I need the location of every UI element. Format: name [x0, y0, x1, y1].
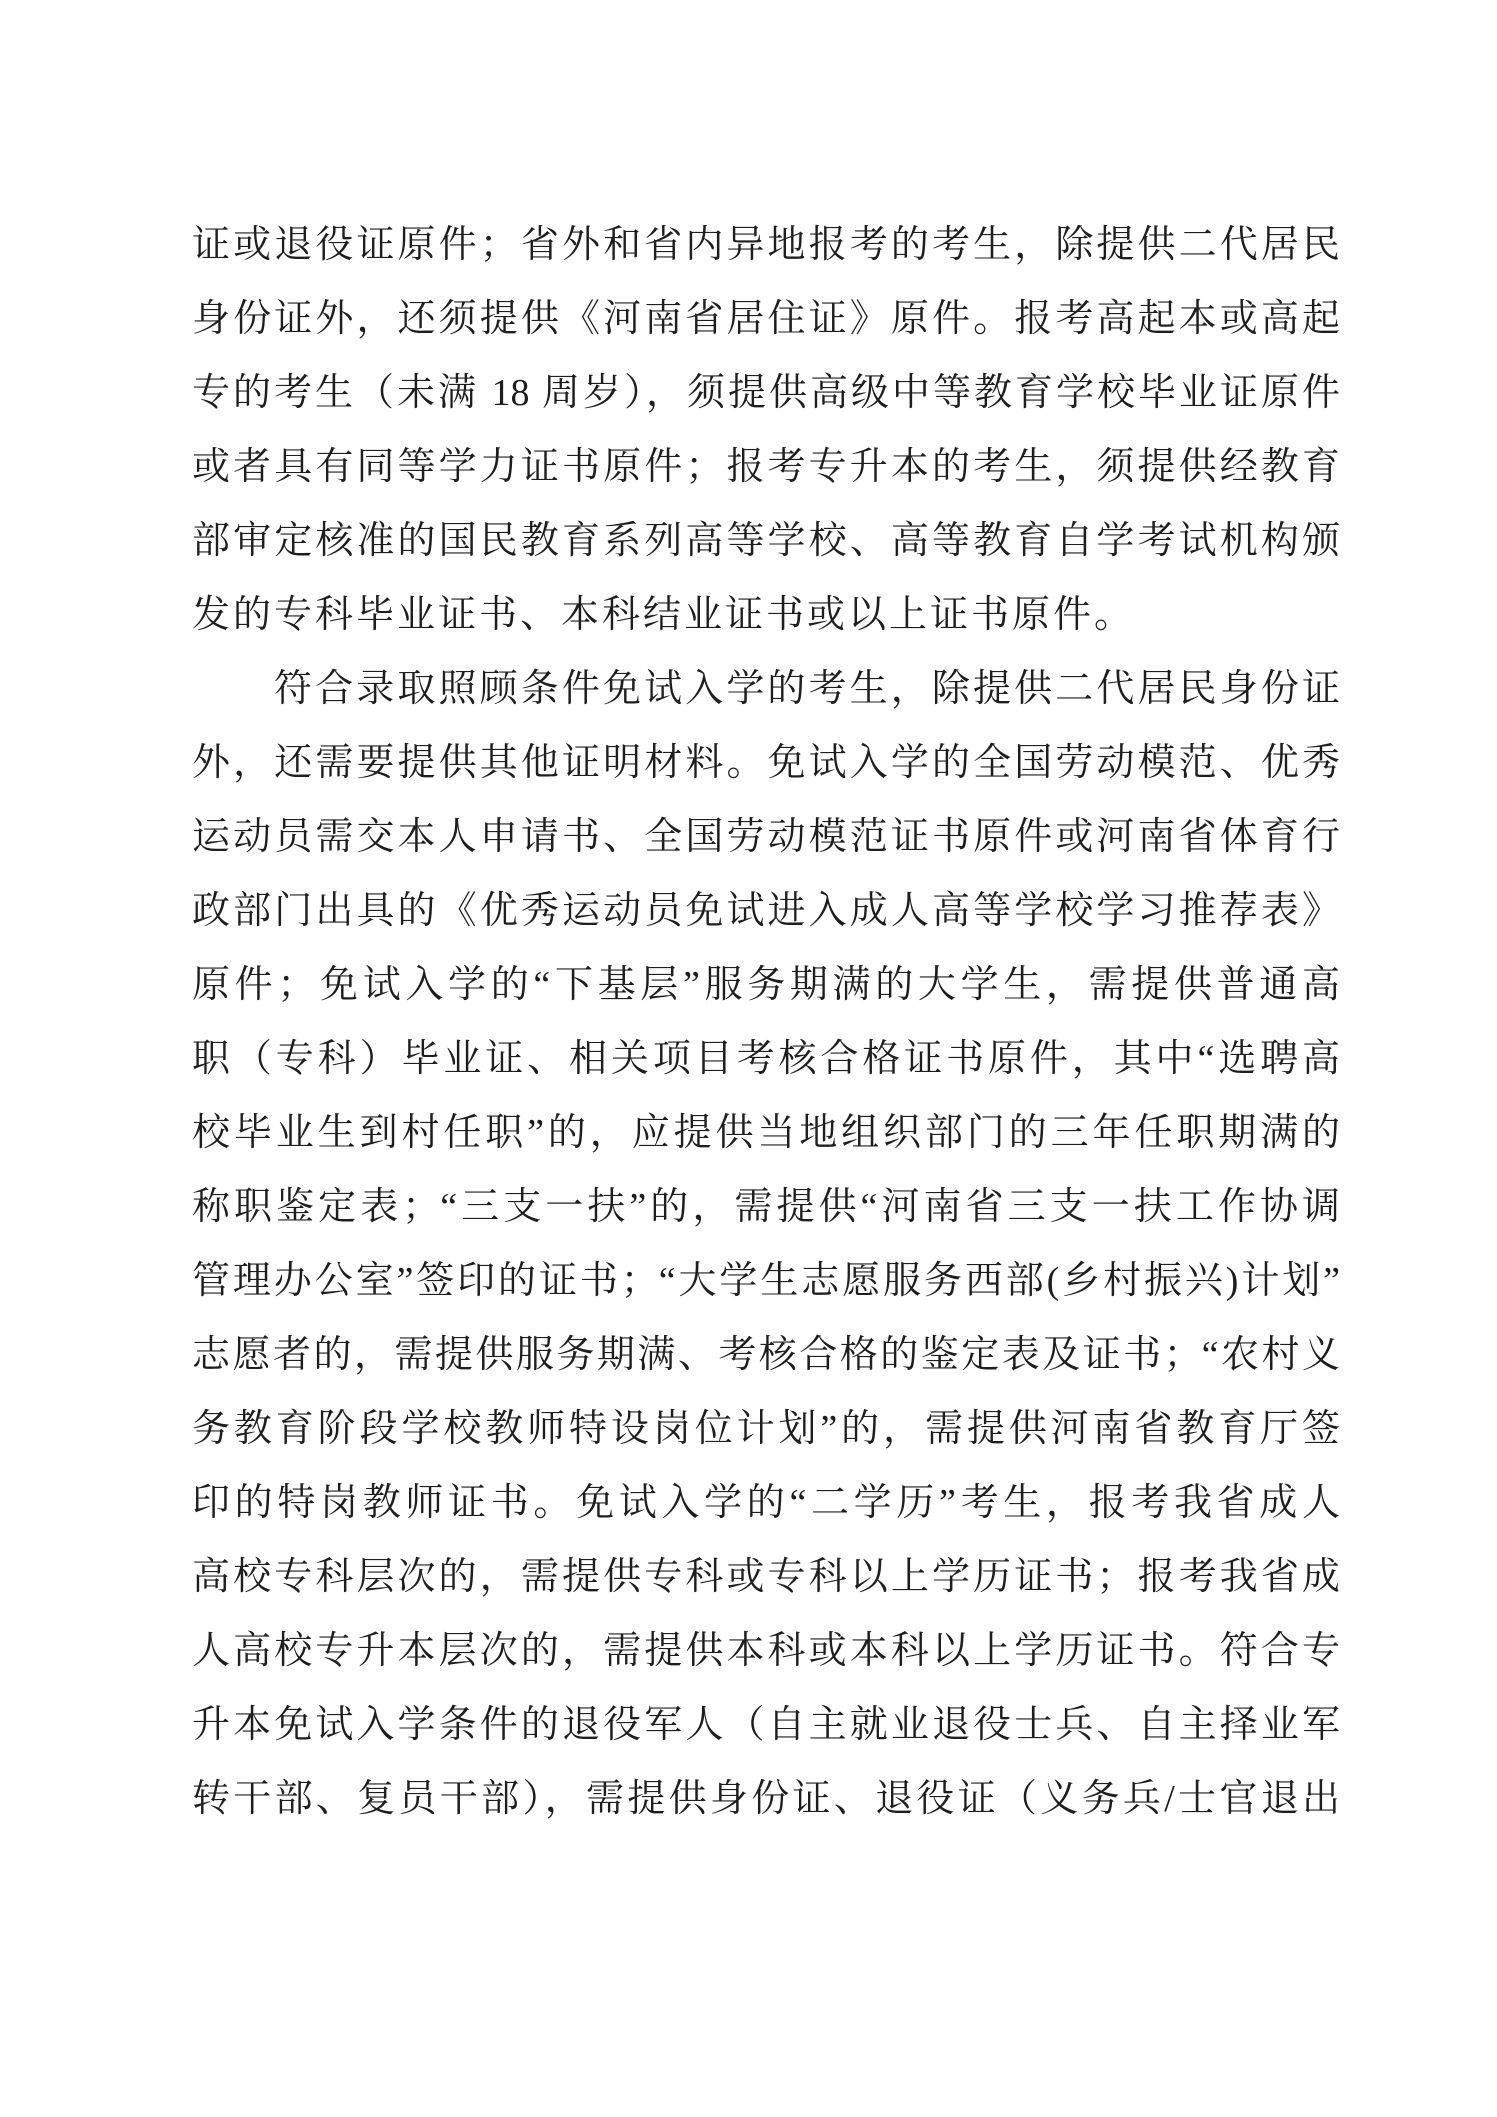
- text-line: 务教育阶段学校教师特设岗位计划”的，需提供河南省教育厅签: [192, 1392, 1340, 1466]
- text-line: 志愿者的，需提供服务期满、考核合格的鉴定表及证书；“农村义: [192, 1318, 1340, 1392]
- text-line: 高校专科层次的，需提供专科或专科以上学历证书；报考我省成: [192, 1540, 1340, 1614]
- document-page: 证或退役证原件；省外和省内异地报考的考生，除提供二代居民 身份证外，还须提供《河…: [0, 0, 1497, 2117]
- document-body-text: 证或退役证原件；省外和省内异地报考的考生，除提供二代居民 身份证外，还须提供《河…: [192, 208, 1340, 1836]
- text-line: 符合录取照顾条件免试入学的考生，除提供二代居民身份证: [192, 652, 1340, 726]
- text-line: 证或退役证原件；省外和省内异地报考的考生，除提供二代居民: [192, 208, 1340, 282]
- text-line: 印的特岗教师证书。免试入学的“二学历”考生，报考我省成人: [192, 1466, 1340, 1540]
- text-line: 原件；免试入学的“下基层”服务期满的大学生，需提供普通高: [192, 948, 1340, 1022]
- text-line: 部审定核准的国民教育系列高等学校、高等教育自学考试机构颁: [192, 504, 1340, 578]
- text-line: 人高校专升本层次的，需提供本科或本科以上学历证书。符合专: [192, 1614, 1340, 1688]
- text-line: 发的专科毕业证书、本科结业证书或以上证书原件。: [192, 578, 1340, 652]
- text-line: 政部门出具的《优秀运动员免试进入成人高等学校学习推荐表》: [192, 874, 1340, 948]
- text-line: 运动员需交本人申请书、全国劳动模范证书原件或河南省体育行: [192, 800, 1340, 874]
- text-line: 称职鉴定表；“三支一扶”的，需提供“河南省三支一扶工作协调: [192, 1170, 1340, 1244]
- text-line: 专的考生（未满 18 周岁），须提供高级中等教育学校毕业证原件: [192, 356, 1340, 430]
- text-line: 管理办公室”签印的证书；“大学生志愿服务西部(乡村振兴)计划”: [192, 1244, 1340, 1318]
- text-line: 或者具有同等学力证书原件；报考专升本的考生，须提供经教育: [192, 430, 1340, 504]
- text-line: 校毕业生到村任职”的，应提供当地组织部门的三年任职期满的: [192, 1096, 1340, 1170]
- text-line: 转干部、复员干部），需提供身份证、退役证（义务兵/士官退出: [192, 1762, 1340, 1836]
- text-line: 外，还需要提供其他证明材料。免试入学的全国劳动模范、优秀: [192, 726, 1340, 800]
- text-line: 升本免试入学条件的退役军人（自主就业退役士兵、自主择业军: [192, 1688, 1340, 1762]
- text-line: 身份证外，还须提供《河南省居住证》原件。报考高起本或高起: [192, 282, 1340, 356]
- text-line: 职（专科）毕业证、相关项目考核合格证书原件，其中“选聘高: [192, 1022, 1340, 1096]
